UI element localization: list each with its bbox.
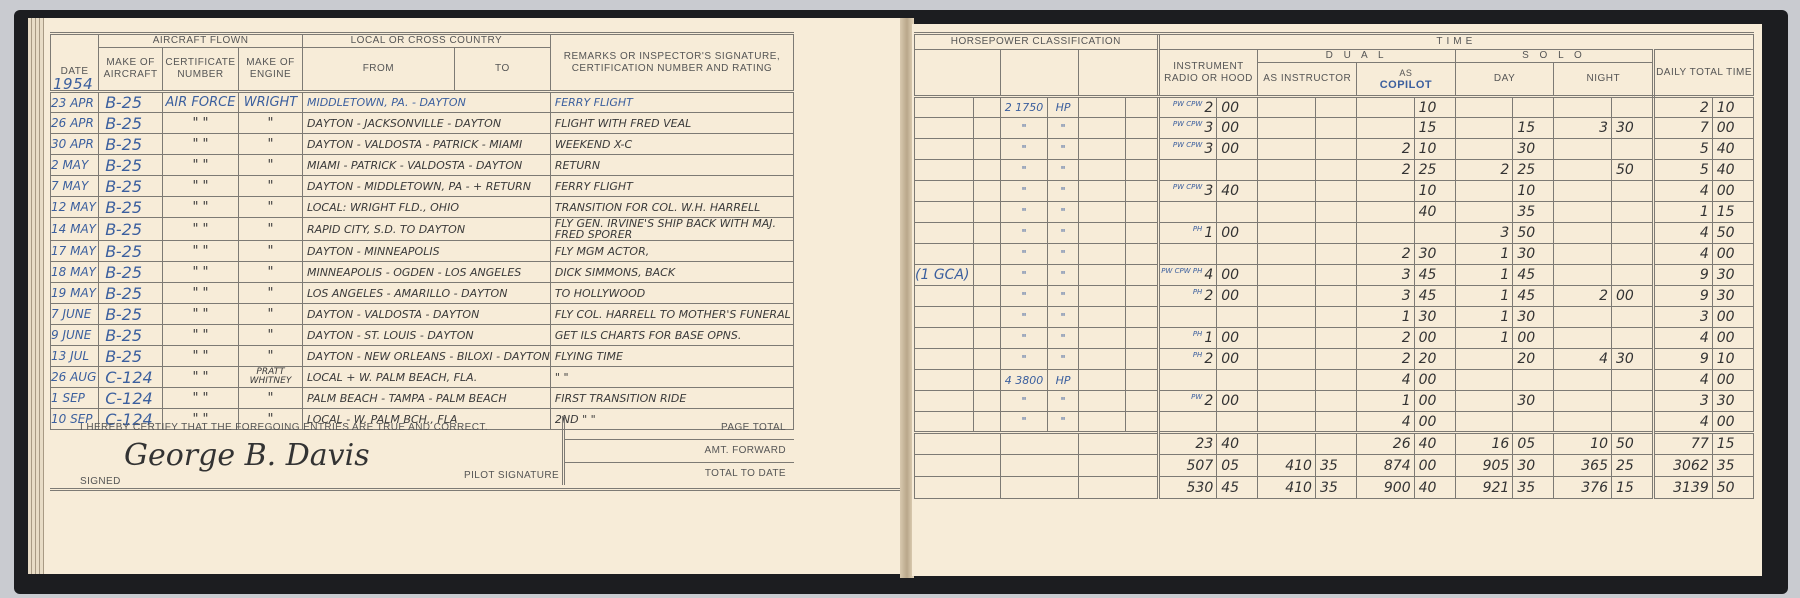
instrument-code: PW CPW: [1173, 120, 1202, 128]
instructor-hours: [1258, 349, 1316, 370]
solo-night-minutes: [1612, 328, 1654, 349]
make-of-engine-header: MAKE OF ENGINE: [239, 48, 303, 92]
hp-blank-cell: [1079, 370, 1125, 391]
daily-total-hours: 77: [1654, 433, 1713, 455]
student-minutes: 00: [1414, 328, 1455, 349]
hp-blank-cell: [1079, 97, 1125, 118]
daily-total-hours: 5: [1654, 139, 1713, 160]
daily-total-hours: 4: [1654, 244, 1713, 265]
solo-night-minutes: [1612, 412, 1654, 433]
left-page: DATE 1954 AIRCRAFT FLOWN LOCAL OR CROSS …: [44, 18, 906, 574]
student-minutes: 00: [1414, 412, 1455, 433]
route-cell: RAPID CITY, S.D. TO DAYTON: [302, 218, 550, 241]
hp-blank-cell: [915, 477, 1001, 499]
solo-night-hours: 4: [1554, 349, 1612, 370]
hp-blank-cell: [1125, 97, 1158, 118]
hp-unit-cell: ": [1047, 412, 1079, 433]
solo-night-minutes: 30: [1612, 118, 1654, 139]
table-row: 7 JUNEB-25" ""DAYTON - VALDOSTA - DAYTON…: [51, 304, 794, 325]
solo-day-minutes: 45: [1513, 286, 1554, 307]
date-cell: 1 SEP: [51, 388, 99, 409]
hp-blank-cell: [973, 160, 1001, 181]
table-row: 17 MAYB-25" ""DAYTON - MINNEAPOLISFLY MG…: [51, 241, 794, 262]
student-hours: 2: [1357, 244, 1415, 265]
engine-cell: WRIGHT: [239, 92, 303, 113]
hp-note-cell: [915, 349, 974, 370]
hp-unit-cell: ": [1047, 391, 1079, 412]
daily-total-hours: 4: [1654, 328, 1713, 349]
route-cell: DAYTON - MINNEAPOLIS: [302, 241, 550, 262]
date-cell: 7 MAY: [51, 176, 99, 197]
instrument-hours: 23: [1158, 433, 1217, 455]
table-row: 23 APRB-25AIR FORCEWRIGHTMIDDLETOWN, PA.…: [51, 92, 794, 113]
instrument-code: PH: [1193, 288, 1203, 296]
certificate-cell: " ": [162, 134, 238, 155]
hp-blank-cell: [1079, 455, 1158, 477]
aircraft-cell: B-25: [99, 325, 163, 346]
hp-note-cell: [915, 118, 974, 139]
date-cell: 23 APR: [51, 92, 99, 113]
hp-blank-cell: [973, 97, 1001, 118]
solo-day-hours: [1455, 349, 1513, 370]
table-row: (1 GCA)""PW CPW PH400345145930: [915, 265, 1754, 286]
hp-note-cell: [915, 202, 974, 223]
table-row: 19 MAYB-25" ""LOS ANGELES - AMARILLO - D…: [51, 283, 794, 304]
hp-blank-cell: [1001, 433, 1079, 455]
date-cell: 30 APR: [51, 134, 99, 155]
student-hours: 2: [1357, 328, 1415, 349]
hp-blank-cell: [1079, 349, 1125, 370]
engine-cell: PRATT WHITNEY: [239, 367, 303, 388]
instrument-hours: [1158, 202, 1217, 223]
daily-total-hours: 3139: [1654, 477, 1713, 499]
instructor-hours: [1258, 139, 1316, 160]
hp-value-cell: ": [1001, 328, 1047, 349]
hp-blank-cell: [973, 370, 1001, 391]
daily-total-minutes: 50: [1712, 223, 1753, 244]
instrument-minutes: [1217, 202, 1258, 223]
hp-value-cell: ": [1001, 412, 1047, 433]
solo-header: S O L O: [1455, 50, 1653, 63]
certificate-number-header: CERTIFICATE NUMBER: [162, 48, 238, 92]
aircraft-cell: B-25: [99, 346, 163, 367]
student-hours: 2: [1357, 160, 1415, 181]
solo-night-hours: 3: [1554, 118, 1612, 139]
instrument-hours: PH2: [1158, 349, 1217, 370]
daily-total-hours: 4: [1654, 412, 1713, 433]
certificate-cell: " ": [162, 155, 238, 176]
daily-total-minutes: 30: [1712, 391, 1753, 412]
hp-blank-cell: [1079, 286, 1125, 307]
table-row: ""PW CPW3401010400: [915, 181, 1754, 202]
solo-day-hours: [1455, 97, 1513, 118]
solo-night-hours: 2: [1554, 286, 1612, 307]
solo-day-minutes: 30: [1513, 307, 1554, 328]
student-hours: 4: [1357, 370, 1415, 391]
hp-col-3-header: [1079, 50, 1158, 97]
table-row: ""400400: [915, 412, 1754, 433]
instrument-minutes: [1217, 244, 1258, 265]
daily-total-hours: 2: [1654, 97, 1713, 118]
daily-total-minutes: 40: [1712, 160, 1753, 181]
solo-day-hours: 1: [1455, 265, 1513, 286]
engine-cell: ": [239, 388, 303, 409]
solo-night-hours: [1554, 244, 1612, 265]
hp-blank-cell: [1079, 328, 1125, 349]
engine-cell: ": [239, 346, 303, 367]
year-label: 1954: [51, 78, 98, 90]
remarks-cell: FLY GEN. IRVINE'S SHIP BACK WITH MAJ. FR…: [550, 218, 793, 241]
instrument-code: PW: [1191, 393, 1202, 401]
solo-day-hours: [1455, 118, 1513, 139]
daily-total-hours: 4: [1654, 370, 1713, 391]
solo-day-minutes: 25: [1513, 160, 1554, 181]
solo-night-hours: [1554, 139, 1612, 160]
daily-total-minutes: 30: [1712, 265, 1753, 286]
solo-day-hours: 1: [1455, 286, 1513, 307]
table-row: 13 JULB-25" ""DAYTON - NEW ORLEANS - BIL…: [51, 346, 794, 367]
aircraft-cell: B-25: [99, 134, 163, 155]
instructor-hours: [1258, 433, 1316, 455]
solo-night-hours: 365: [1554, 455, 1612, 477]
solo-day-hours: 2: [1455, 160, 1513, 181]
certificate-cell: " ": [162, 346, 238, 367]
instrument-minutes: [1217, 412, 1258, 433]
instructor-minutes: [1315, 433, 1356, 455]
solo-night-hours: [1554, 328, 1612, 349]
solo-day-minutes: 50: [1513, 223, 1554, 244]
solo-night-hours: [1554, 265, 1612, 286]
solo-day-hours: 1: [1455, 307, 1513, 328]
instrument-hours: [1158, 412, 1217, 433]
remarks-header: REMARKS OR INSPECTOR'S SIGNATURE, CERTIF…: [550, 34, 793, 92]
student-hours: [1357, 202, 1415, 223]
student-hours: 874: [1357, 455, 1415, 477]
hp-blank-cell: [1079, 118, 1125, 139]
remarks-cell: " ": [550, 367, 793, 388]
date-cell: 17 MAY: [51, 241, 99, 262]
aircraft-flown-header: AIRCRAFT FLOWN: [99, 34, 303, 48]
student-minutes: 30: [1414, 307, 1455, 328]
horsepower-header: HORSEPOWER CLASSIFICATION: [915, 34, 1159, 50]
instructor-minutes: [1315, 160, 1356, 181]
daily-total-minutes: 30: [1712, 286, 1753, 307]
hp-blank-cell: [1125, 139, 1158, 160]
instrument-code: PW CPW: [1173, 141, 1202, 149]
daily-total-minutes: 00: [1712, 412, 1753, 433]
daily-total-hours: 7: [1654, 118, 1713, 139]
table-row: 9 JUNEB-25" ""DAYTON - ST. LOUIS - DAYTO…: [51, 325, 794, 346]
solo-day-minutes: 30: [1513, 244, 1554, 265]
solo-night-hours: [1554, 370, 1612, 391]
instrument-minutes: 00: [1217, 118, 1258, 139]
daily-total-hours: 9: [1654, 286, 1713, 307]
hp-note-cell: [915, 244, 974, 265]
date-cell: 14 MAY: [51, 218, 99, 241]
solo-night-minutes: 00: [1612, 286, 1654, 307]
instructor-minutes: [1315, 265, 1356, 286]
hp-value-cell: ": [1001, 160, 1047, 181]
hp-note-cell: [915, 97, 974, 118]
student-hours: 4: [1357, 412, 1415, 433]
instrument-code: PH: [1193, 225, 1203, 233]
hp-blank-cell: [973, 202, 1001, 223]
instrument-minutes: 05: [1217, 455, 1258, 477]
certificate-cell: " ": [162, 262, 238, 283]
solo-night-minutes: [1612, 223, 1654, 244]
daily-total-header: DAILY TOTAL TIME: [1654, 50, 1754, 97]
daily-total-hours: 9: [1654, 349, 1713, 370]
instrument-hours: [1158, 370, 1217, 391]
instrument-hours: [1158, 160, 1217, 181]
instructor-hours: [1258, 118, 1316, 139]
solo-night-minutes: [1612, 370, 1654, 391]
instructor-minutes: [1315, 307, 1356, 328]
instructor-hours: [1258, 181, 1316, 202]
aircraft-cell: B-25: [99, 218, 163, 241]
student-minutes: 15: [1414, 118, 1455, 139]
hp-unit-cell: ": [1047, 286, 1079, 307]
table-row: 14 MAYB-25" ""RAPID CITY, S.D. TO DAYTON…: [51, 218, 794, 241]
student-hours: 900: [1357, 477, 1415, 499]
hp-value-cell: 4 3800: [1001, 370, 1047, 391]
hp-note-cell: [915, 328, 974, 349]
instructor-minutes: 35: [1315, 455, 1356, 477]
instructor-minutes: [1315, 349, 1356, 370]
hp-blank-cell: [973, 139, 1001, 160]
instructor-hours: [1258, 370, 1316, 391]
time-header: TIME: [1158, 34, 1753, 50]
daily-total-minutes: 00: [1712, 181, 1753, 202]
instrument-code: PH: [1193, 351, 1203, 359]
student-hours: 26: [1357, 433, 1415, 455]
engine-cell: ": [239, 134, 303, 155]
hp-col-1-header: [915, 50, 1001, 97]
instructor-minutes: [1315, 412, 1356, 433]
student-minutes: 40: [1414, 433, 1455, 455]
daily-total-minutes: 00: [1712, 307, 1753, 328]
instrument-code: PW CPW: [1173, 183, 1202, 191]
solo-day-minutes: 05: [1513, 433, 1554, 455]
remarks-cell: TRANSITION FOR COL. W.H. HARRELL: [550, 197, 793, 218]
copilot-overwrite: COPILOT: [1357, 79, 1455, 91]
hp-unit-cell: HP: [1047, 370, 1079, 391]
instrument-minutes: [1217, 370, 1258, 391]
student-minutes: 45: [1414, 265, 1455, 286]
solo-night-minutes: 15: [1612, 477, 1654, 499]
instrument-hours: PW CPW3: [1158, 118, 1217, 139]
instrument-hours: PW2: [1158, 391, 1217, 412]
hp-blank-cell: [973, 349, 1001, 370]
engine-cell: ": [239, 325, 303, 346]
daily-total-minutes: 10: [1712, 97, 1753, 118]
hp-unit-cell: ": [1047, 328, 1079, 349]
hp-blank-cell: [973, 181, 1001, 202]
hp-blank-cell: [1125, 307, 1158, 328]
dual-header: D U A L: [1258, 50, 1455, 63]
hp-note-cell: [915, 223, 974, 244]
aircraft-cell: B-25: [99, 197, 163, 218]
instrument-hours: 530: [1158, 477, 1217, 499]
daily-total-minutes: 15: [1712, 433, 1753, 455]
instrument-code: PW CPW PH: [1161, 267, 1202, 275]
daily-total-minutes: 15: [1712, 202, 1753, 223]
solo-day-hours: [1455, 370, 1513, 391]
hp-note-cell: (1 GCA): [915, 265, 974, 286]
hp-blank-cell: [1125, 244, 1158, 265]
hp-unit-cell: ": [1047, 139, 1079, 160]
student-minutes: 45: [1414, 286, 1455, 307]
instructor-hours: 410: [1258, 477, 1316, 499]
solo-night-hours: 376: [1554, 477, 1612, 499]
make-of-aircraft-header: MAKE OF AIRCRAFT: [99, 48, 163, 92]
table-row: ""PH200345145200930: [915, 286, 1754, 307]
pilot-signature-label: PILOT SIGNATURE: [464, 470, 559, 481]
aircraft-cell: C-124: [99, 388, 163, 409]
instrument-hours: PW CPW2: [1158, 97, 1217, 118]
table-row: 30 APRB-25" ""DAYTON - VALDOSTA - PATRIC…: [51, 134, 794, 155]
hp-value-cell: ": [1001, 139, 1047, 160]
aircraft-cell: B-25: [99, 283, 163, 304]
solo-day-hours: [1455, 181, 1513, 202]
solo-day-minutes: 30: [1513, 391, 1554, 412]
instructor-minutes: [1315, 370, 1356, 391]
instrument-minutes: 40: [1217, 181, 1258, 202]
instructor-hours: [1258, 412, 1316, 433]
instrument-minutes: [1217, 160, 1258, 181]
hp-blank-cell: [1079, 181, 1125, 202]
daily-total-minutes: 35: [1712, 455, 1753, 477]
route-cell: LOS ANGELES - AMARILLO - DAYTON: [302, 283, 550, 304]
instrument-hours: [1158, 244, 1217, 265]
flight-entries-table: DATE 1954 AIRCRAFT FLOWN LOCAL OR CROSS …: [50, 32, 794, 430]
solo-day-hours: 16: [1455, 433, 1513, 455]
instructor-hours: [1258, 202, 1316, 223]
instrument-hours: PH2: [1158, 286, 1217, 307]
table-row: ""22522550540: [915, 160, 1754, 181]
student-hours: [1357, 181, 1415, 202]
hp-blank-cell: [1079, 139, 1125, 160]
hp-blank-cell: [1125, 328, 1158, 349]
solo-night-minutes: 25: [1612, 455, 1654, 477]
solo-day-hours: [1455, 139, 1513, 160]
pilot-signature: George B. Davis: [124, 438, 370, 473]
solo-day-hours: 921: [1455, 477, 1513, 499]
table-row: 12 MAYB-25" ""LOCAL: WRIGHT FLD., OHIOTR…: [51, 197, 794, 218]
daily-total-minutes: 00: [1712, 244, 1753, 265]
student-hours: 1: [1357, 391, 1415, 412]
certificate-cell: " ": [162, 367, 238, 388]
solo-day-hours: 905: [1455, 455, 1513, 477]
instrument-code: PH: [1193, 330, 1203, 338]
instrument-hours: PW CPW3: [1158, 181, 1217, 202]
solo-night-hours: [1554, 202, 1612, 223]
table-row: ""130130300: [915, 307, 1754, 328]
table-row: 1 SEPC-124" ""PALM BEACH - TAMPA - PALM …: [51, 388, 794, 409]
hp-unit-cell: ": [1047, 202, 1079, 223]
hp-unit-cell: ": [1047, 223, 1079, 244]
daily-total-hours: 3: [1654, 307, 1713, 328]
daily-total-hours: 9: [1654, 265, 1713, 286]
solo-day-minutes: [1513, 97, 1554, 118]
route-cell: LOCAL + W. PALM BEACH, FLA.: [302, 367, 550, 388]
solo-day-minutes: 35: [1513, 202, 1554, 223]
table-row: 26 AUGC-124" "PRATT WHITNEYLOCAL + W. PA…: [51, 367, 794, 388]
daily-total-minutes: 00: [1712, 328, 1753, 349]
engine-cell: ": [239, 197, 303, 218]
instructor-hours: [1258, 244, 1316, 265]
solo-night-minutes: [1612, 244, 1654, 265]
aircraft-cell: B-25: [99, 304, 163, 325]
hp-note-cell: [915, 307, 974, 328]
total-to-date-label: TOTAL TO DATE: [564, 462, 795, 485]
hp-unit-cell: ": [1047, 118, 1079, 139]
solo-night-hours: [1554, 181, 1612, 202]
student-minutes: 00: [1414, 455, 1455, 477]
date-cell: 9 JUNE: [51, 325, 99, 346]
hp-blank-cell: [1079, 307, 1125, 328]
certificate-cell: " ": [162, 325, 238, 346]
solo-day-minutes: 00: [1513, 328, 1554, 349]
student-hours: [1357, 223, 1415, 244]
daily-total-hours: 1: [1654, 202, 1713, 223]
remarks-cell: FERRY FLIGHT: [550, 176, 793, 197]
instructor-minutes: [1315, 244, 1356, 265]
solo-night-minutes: [1612, 139, 1654, 160]
hp-value-cell: 2 1750: [1001, 97, 1047, 118]
certificate-cell: AIR FORCE: [162, 92, 238, 113]
solo-night-minutes: 50: [1612, 433, 1654, 455]
hp-blank-cell: [973, 328, 1001, 349]
instructor-hours: [1258, 286, 1316, 307]
student-hours: 3: [1357, 265, 1415, 286]
instructor-hours: [1258, 97, 1316, 118]
hp-blank-cell: [1079, 477, 1158, 499]
hp-unit-cell: ": [1047, 307, 1079, 328]
hp-blank-cell: [973, 412, 1001, 433]
instrument-minutes: 00: [1217, 265, 1258, 286]
night-header: NIGHT: [1554, 63, 1654, 97]
aircraft-cell: B-25: [99, 113, 163, 134]
remarks-cell: FLY MGM ACTOR,: [550, 241, 793, 262]
engine-cell: ": [239, 283, 303, 304]
hp-blank-cell: [1125, 118, 1158, 139]
table-row: 26 APRB-25" ""DAYTON - JACKSONVILLE - DA…: [51, 113, 794, 134]
remarks-cell: RETURN: [550, 155, 793, 176]
hp-blank-cell: [1125, 181, 1158, 202]
route-cell: MINNEAPOLIS - OGDEN - LOS ANGELES: [302, 262, 550, 283]
hp-blank-cell: [973, 286, 1001, 307]
daily-total-hours: 3062: [1654, 455, 1713, 477]
table-row: ""4035115: [915, 202, 1754, 223]
student-minutes: 40: [1414, 202, 1455, 223]
solo-day-hours: 3: [1455, 223, 1513, 244]
hp-blank-cell: [1079, 160, 1125, 181]
instructor-minutes: 35: [1315, 477, 1356, 499]
aircraft-cell: C-124: [99, 367, 163, 388]
solo-day-hours: 1: [1455, 244, 1513, 265]
instrument-hours: PW CPW PH4: [1158, 265, 1217, 286]
page-total-label: PAGE TOTAL: [564, 416, 795, 439]
hp-note-cell: [915, 286, 974, 307]
table-row: 2 MAYB-25" ""MIAMI - PATRICK - VALDOSTA …: [51, 155, 794, 176]
remarks-cell: FLY COL. HARRELL TO MOTHER'S FUNERAL: [550, 304, 793, 325]
hp-value-cell: ": [1001, 118, 1047, 139]
table-row: ""PH100350450: [915, 223, 1754, 244]
date-cell: 7 JUNE: [51, 304, 99, 325]
solo-day-minutes: 15: [1513, 118, 1554, 139]
totals-labels-table: PAGE TOTAL AMT. FORWARD TOTAL TO DATE: [562, 416, 794, 485]
